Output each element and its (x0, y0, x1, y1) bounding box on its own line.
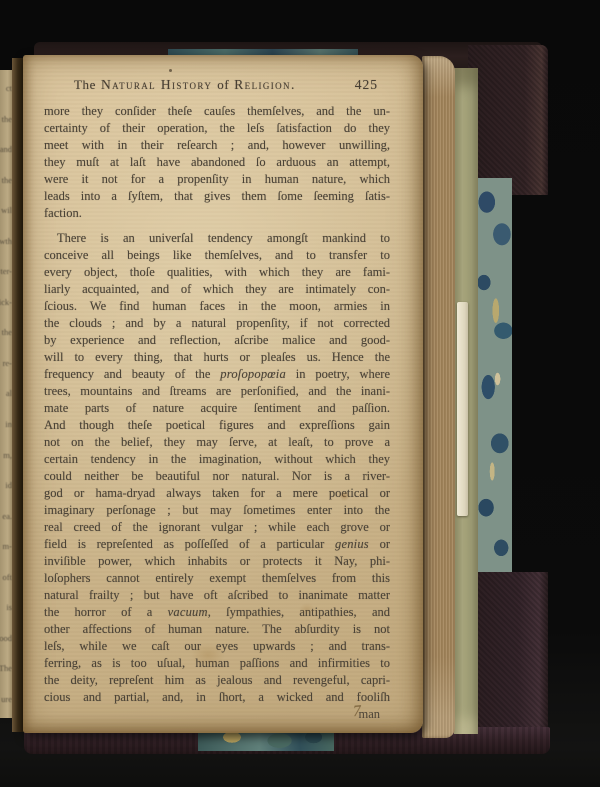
paper-stain (339, 491, 350, 501)
facing-page-text-fragment: the (2, 115, 12, 124)
text-line: inviſible power, which inhabits or prote… (44, 553, 390, 570)
text-line: the clouds ; and by a natural propenſity… (44, 315, 390, 332)
bookmark-tab (457, 302, 468, 516)
text-line: frequency and beauty of the proſopopœia … (44, 366, 390, 383)
handwritten-number: 7 (352, 703, 361, 722)
text-line: And though theſe poetical figures and ex… (44, 417, 390, 434)
running-head-the: The (74, 77, 96, 93)
paragraph: There is an univerſal tendency amongſt m… (44, 230, 390, 706)
text-line: liarly acquainted, and of which they are… (44, 281, 390, 298)
running-head: The Natural History of Religion. 425 (74, 77, 378, 93)
text-line: every object, thoſe qualities, with whic… (44, 264, 390, 281)
facing-page-text-fragment: the (2, 328, 12, 337)
book-page: The Natural History of Religion. 425 mor… (23, 55, 423, 733)
back-board-marbled-paper-edge (476, 178, 512, 580)
text-line: trees, mountains and ſtreams are perſoni… (44, 383, 390, 400)
catchword-row: man (44, 706, 390, 723)
text-line: mate parts of nature acquire ſentiment a… (44, 400, 390, 417)
text-line: could neither be beautiful nor natural. … (44, 468, 390, 485)
page-surface: The Natural History of Religion. 425 mor… (23, 55, 423, 733)
photo-scene: cttheandthewilwthter-ick-there-alinm,ide… (0, 0, 600, 787)
facing-page-text-fragment: ter- (0, 267, 12, 276)
page-block-fore-edge (422, 56, 455, 738)
running-head-of: of (217, 77, 229, 93)
facing-page-text-fragment: oft (3, 573, 12, 582)
facing-page-text-fragment: m, (3, 451, 12, 460)
text-line: were it not for a propenſity in human na… (44, 171, 390, 188)
text-line: the horror of a vacuum, ſympathies, anti… (44, 604, 390, 621)
text-line: they muſt at laſt have abandoned ſo ardu… (44, 154, 390, 171)
text-line: There is an univerſal tendency amongſt m… (44, 230, 390, 247)
facing-page-text-fragment: id (5, 481, 12, 490)
facing-page-text-fragment: ick- (0, 298, 12, 307)
facing-page-text-fragment: re- (3, 359, 12, 368)
ink-speck (169, 69, 172, 72)
facing-page-text-fragment: wil (1, 206, 12, 215)
back-board-leather-corner-top (468, 45, 548, 195)
paragraph: more they conſider theſe cauſes themſelv… (44, 103, 390, 222)
paper-stain (191, 643, 225, 667)
text-line: other affections of human nature. The ab… (44, 621, 390, 638)
facing-page-text-fragment: wth (0, 237, 12, 246)
text-line: by experience and reflection, aſcribe ma… (44, 332, 390, 349)
facing-page-text-fragment: ood (0, 634, 12, 643)
text-line: field is repreſented as poſſeſſed of a p… (44, 536, 390, 553)
text-line: certainty of their operation, the leſs ſ… (44, 120, 390, 137)
text-line: meet with in their reſearch ; and, howev… (44, 137, 390, 154)
catchword: man (358, 707, 380, 721)
text-line: will to every thing, that hurts or pleaſ… (44, 349, 390, 366)
text-line: conceive all beings like themſelves, and… (44, 247, 390, 264)
text-line: ſcious. We find human faces in the moon,… (44, 298, 390, 315)
text-line: faction. (44, 205, 390, 222)
facing-page-text-fragment: ure (1, 695, 12, 704)
paper-stain (299, 603, 315, 615)
running-head-title: Natural History (101, 77, 212, 93)
facing-page-text-fragment: the (2, 176, 12, 185)
text-line: leads into a ſyſtem, that gives them ſom… (44, 188, 390, 205)
text-line: more they conſider theſe cauſes themſelv… (44, 103, 390, 120)
facing-page-text-fragment: and (0, 145, 12, 154)
text-line: the deity, repreſent him as jealous and … (44, 672, 390, 689)
running-head-religion: Religion. (234, 77, 295, 93)
text-line: natural frailty ; but have oft aſcribed … (44, 587, 390, 604)
text-line: loſophers cannot entirely exempt themſel… (44, 570, 390, 587)
text-line: not on the belief, they may ſerve, at le… (44, 434, 390, 451)
facing-page-text-fragment: m- (3, 542, 12, 551)
page-number: 425 (355, 77, 378, 93)
text-line: cious and partial, and, in ſhort, a wick… (44, 689, 390, 706)
facing-page-text-fragment: The (0, 664, 12, 673)
text-line: imaginary perſonage ; but may ſometimes … (44, 502, 390, 519)
text-line: real creed of the ignorant vulgar ; whil… (44, 519, 390, 536)
page-text: more they conſider theſe cauſes themſelv… (44, 103, 390, 706)
facing-page-text-fragment: in (5, 420, 12, 429)
text-line: god or hama-dryad always taken for a mer… (44, 485, 390, 502)
facing-page-text-fragment: ea. (2, 512, 12, 521)
text-line: certain tendency in the imagination, wit… (44, 451, 390, 468)
